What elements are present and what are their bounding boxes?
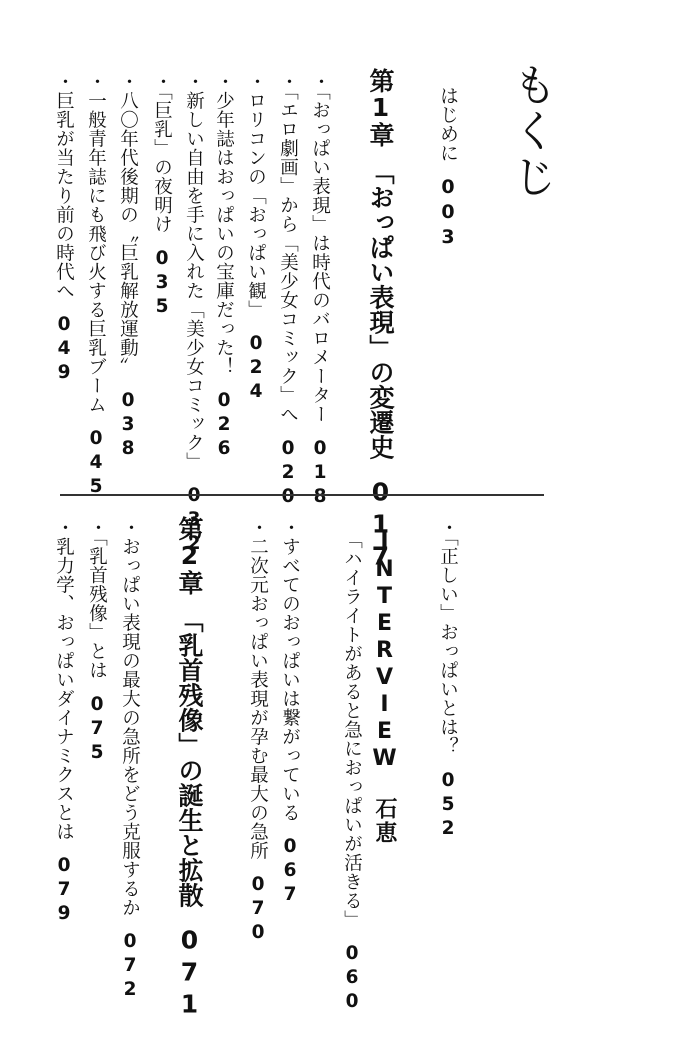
toc-entry[interactable]: ・「乳首残像」とは075 xyxy=(87,518,106,766)
entry-label: すべてのおっぱいは繋がっている xyxy=(280,537,301,822)
entry-label: 「正しい」おっぱいとは？ xyxy=(438,537,459,756)
toc-entry-interview[interactable]: 「ハイライトがあると急におっぱいが活きる」060 xyxy=(342,530,361,1015)
bullet: ・ xyxy=(118,72,139,91)
section-divider xyxy=(60,494,544,496)
chapter-1-heading[interactable]: 第1章 「おっぱい表現」の変遷史017 xyxy=(368,68,393,574)
toc-entry-intro[interactable]: はじめに003 xyxy=(438,86,457,251)
toc-entry[interactable]: ・「正しい」おっぱいとは？052 xyxy=(438,518,457,842)
chapter-label: 第2章 「乳首残像」の誕生と拡散 xyxy=(175,516,204,908)
entry-label: はじめに xyxy=(437,86,459,162)
entry-label: 「巨乳」の夜明け xyxy=(152,91,173,234)
page-number: 071 xyxy=(175,926,204,1022)
entry-label: 「乳首残像」とは xyxy=(87,537,108,680)
page-number: 038 xyxy=(118,390,139,462)
entry-label: 乳力学、おっぱいダイナミクスとは xyxy=(54,537,75,841)
bullet: ・ xyxy=(54,72,75,91)
bullet: ・ xyxy=(87,518,108,537)
page-number: 024 xyxy=(246,333,267,405)
bullet: ・ xyxy=(438,518,459,537)
bullet: ・ xyxy=(248,518,269,537)
toc-entry[interactable]: ・八〇年代後期の〝巨乳解放運動〟038 xyxy=(118,72,137,462)
chapter-label: 第1章 「おっぱい表現」の変遷史 xyxy=(366,68,395,460)
bullet: ・ xyxy=(278,72,299,91)
toc-entry[interactable]: ・「エロ劇画」から「美少女コミック」へ020 xyxy=(278,72,297,510)
toc-entry[interactable]: ・少年誌はおっぱいの宝庫だった！026 xyxy=(214,72,233,462)
entry-label: 少年誌はおっぱいの宝庫だった！ xyxy=(214,91,235,376)
chapter-2-heading[interactable]: 第2章 「乳首残像」の誕生と拡散071 xyxy=(177,516,202,1022)
page-title: もくじ xyxy=(508,62,552,200)
bullet: ・ xyxy=(280,518,301,537)
page-number: 052 xyxy=(438,770,459,842)
toc-entry[interactable]: ・一般青年誌にも飛び火する巨乳ブーム045 xyxy=(86,72,105,500)
entry-label: 新しい自由を手に入れた「美少女コミック」 xyxy=(184,91,205,471)
bullet: ・ xyxy=(184,72,205,91)
toc-entry[interactable]: ・巨乳が当たり前の時代へ049 xyxy=(54,72,73,386)
entry-label: 八〇年代後期の〝巨乳解放運動〟 xyxy=(118,91,139,376)
page-number: 067 xyxy=(280,836,301,908)
page-number: 020 xyxy=(278,438,299,510)
bullet: ・ xyxy=(152,72,173,91)
toc-entry[interactable]: ・すべてのおっぱいは繋がっている067 xyxy=(280,518,299,908)
page-number: 018 xyxy=(310,438,331,510)
entry-label: 一般青年誌にも飛び火する巨乳ブーム xyxy=(86,91,107,414)
bullet: ・ xyxy=(246,72,267,91)
entry-label: 「エロ劇画」から「美少女コミック」へ xyxy=(278,91,299,424)
entry-label: ロリコンの「おっぱい観」 xyxy=(246,91,267,319)
toc-entry[interactable]: ・二次元おっぱい表現が孕む最大の急所070 xyxy=(248,518,267,946)
page-number: 045 xyxy=(86,428,107,500)
page-number: 072 xyxy=(120,931,141,1003)
entry-label: 巨乳が当たり前の時代へ xyxy=(54,91,75,300)
toc-entry[interactable]: ・乳力学、おっぱいダイナミクスとは079 xyxy=(54,518,73,927)
toc-entry[interactable]: ・おっぱい表現の最大の急所をどう克服するか072 xyxy=(120,518,139,1003)
page-number: 049 xyxy=(54,314,75,386)
toc-entry[interactable]: ・新しい自由を手に入れた「美少女コミック」032 xyxy=(184,72,203,557)
bullet: ・ xyxy=(120,518,141,537)
interview-heading: INTERVIEW 石恵 xyxy=(373,530,395,845)
page-number: 079 xyxy=(54,855,75,927)
entry-label: おっぱい表現の最大の急所をどう克服するか xyxy=(120,537,141,917)
toc-entry[interactable]: ・ロリコンの「おっぱい観」024 xyxy=(246,72,265,405)
toc-entry[interactable]: ・「巨乳」の夜明け035 xyxy=(152,72,171,320)
page-number: 075 xyxy=(87,694,108,766)
bullet: ・ xyxy=(54,518,75,537)
bullet: ・ xyxy=(310,72,331,91)
entry-label: 「ハイライトがあると急におっぱいが活きる」 xyxy=(342,530,363,929)
page-number: 026 xyxy=(214,390,235,462)
page-number: 003 xyxy=(437,176,459,251)
page-number: 035 xyxy=(152,248,173,320)
page-number: 070 xyxy=(248,874,269,946)
entry-label: 二次元おっぱい表現が孕む最大の急所 xyxy=(248,537,269,860)
bullet: ・ xyxy=(214,72,235,91)
entry-label: 「おっぱい表現」は時代のバロメーター xyxy=(310,91,331,424)
toc-entry[interactable]: ・「おっぱい表現」は時代のバロメーター018 xyxy=(310,72,329,510)
page-number: 060 xyxy=(342,943,363,1015)
bullet: ・ xyxy=(86,72,107,91)
